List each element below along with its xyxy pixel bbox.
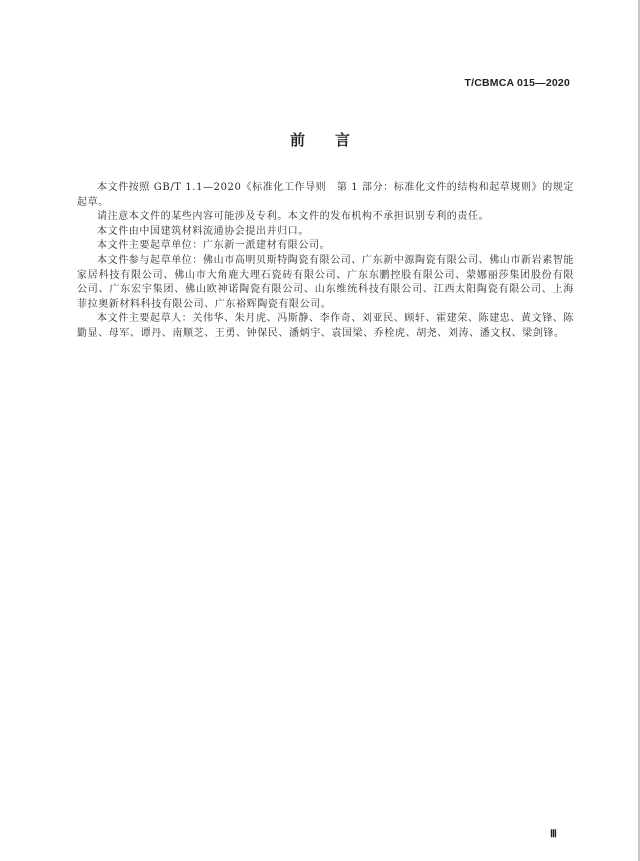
page-title: 前言 bbox=[0, 129, 640, 150]
paragraph-drafting-rules: 本文件按照 GB/T 1.1—2020《标准化工作导则 第 1 部分：标准化文件… bbox=[77, 181, 574, 210]
paragraph-proposer: 本文件由中国建筑材料流通协会提出并归口。 bbox=[77, 225, 574, 240]
paragraph-participating-units: 本文件参与起草单位：佛山市高明贝斯特陶瓷有限公司、广东新中源陶瓷有限公司、佛山市… bbox=[77, 254, 574, 312]
paragraph-main-drafting-unit: 本文件主要起草单位：广东新一派建材有限公司。 bbox=[77, 239, 574, 254]
paragraph-patent-notice: 请注意本文件的某些内容可能涉及专利。本文件的发布机构不承担识别专利的责任。 bbox=[77, 210, 574, 225]
standard-code: T/CBMCA 015—2020 bbox=[464, 77, 570, 89]
paragraph-main-drafters: 本文件主要起草人：关伟华、朱月虎、冯斯静、李作奇、刘亚民、顾轩、霍建荣、陈建忠、… bbox=[77, 312, 574, 341]
foreword-body: 本文件按照 GB/T 1.1—2020《标准化工作导则 第 1 部分：标准化文件… bbox=[77, 181, 574, 342]
page-number: Ⅲ bbox=[550, 829, 557, 840]
